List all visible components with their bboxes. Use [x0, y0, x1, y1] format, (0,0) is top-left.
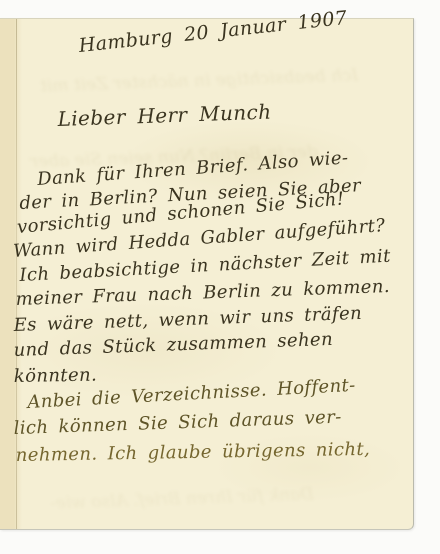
- letter-line: nehmen. Ich glaube übrigens nicht,: [16, 439, 371, 466]
- letter-page: Ich beabsichtige in nächster Zeit mit de…: [0, 18, 414, 530]
- letter-content: Hamburg 20 Januar 1907 Lieber Herr Munch…: [0, 19, 413, 529]
- letter-line: lich können Sie Sich daraus ver-: [13, 407, 342, 439]
- letter-body: Dank für Ihren Brief. Also wie-der in Be…: [0, 19, 413, 529]
- letter-line: könnten.: [14, 365, 98, 387]
- letter-scan: Ich beabsichtige in nächster Zeit mit de…: [0, 0, 440, 554]
